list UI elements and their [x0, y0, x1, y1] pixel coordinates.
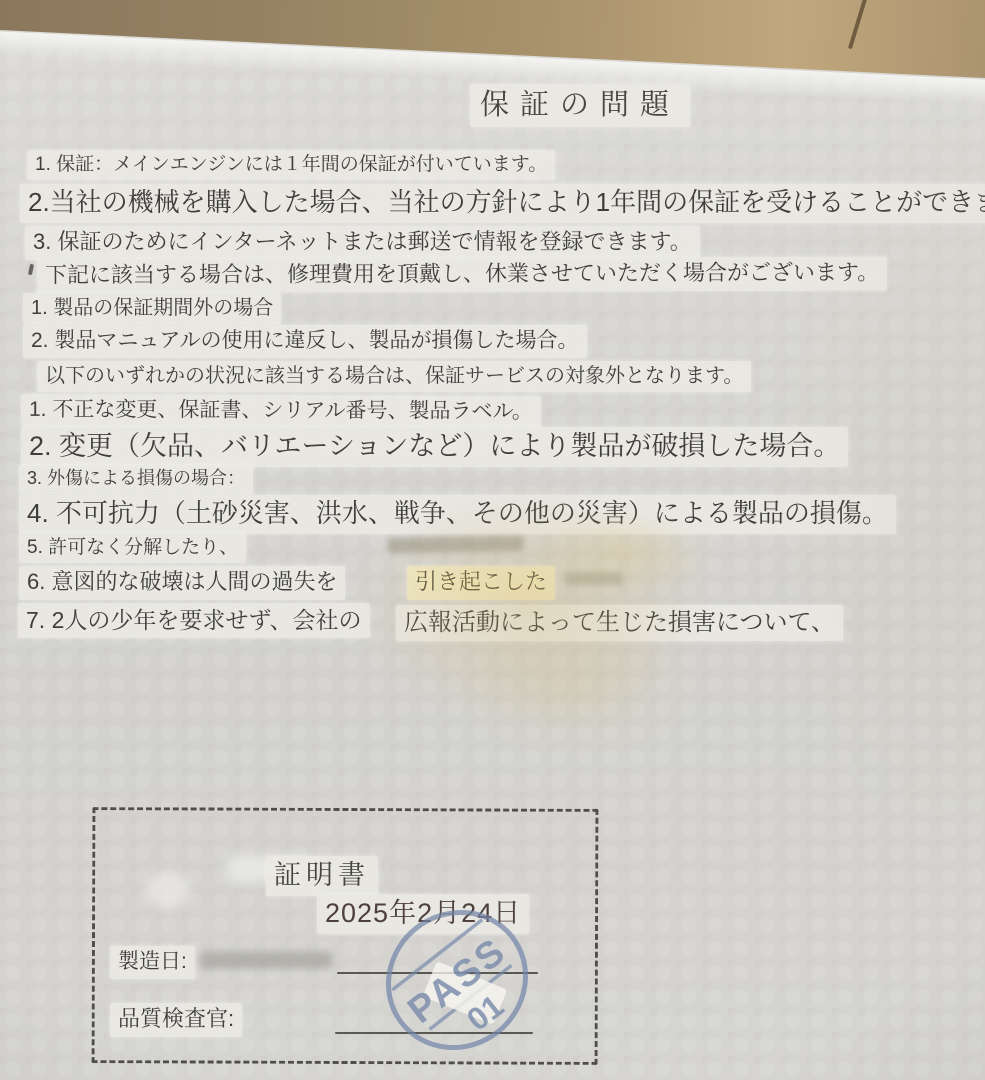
- certificate-title: 証明書: [266, 856, 378, 896]
- warranty-document-photo: 保証の問題 1. 保証：メインエンジンには１年間の保証が付いています。 2.当社…: [0, 0, 985, 1080]
- void-condition-1: 1. 不正な変更、保証書、シリアル番号、製品ラベル。: [21, 394, 541, 429]
- void-condition-6: 6. 意図的な破壊は人間の過失を: [19, 566, 345, 600]
- warranty-term-1: 1. 保証：メインエンジンには１年間の保証が付いています。: [27, 150, 555, 180]
- blurred-text-remnant: [388, 536, 523, 553]
- bullet-tick-mark: [28, 264, 34, 276]
- blurred-mark: [146, 872, 190, 908]
- exclusion-item-2: 2. 製品マニュアルの使用に違反し、製品が損傷した場合。: [23, 325, 587, 358]
- warranty-term-2: 2.当社の機械を購入した場合、当社の方針により1年間の保証を受けることができます…: [20, 184, 985, 223]
- out-of-scope-note: 以下のいずれかの状況に該当する場合は、保証サービスの対象外となります。: [37, 361, 751, 392]
- void-condition-4: 4. 不可抗力（土砂災害、洪水、戦争、その他の災害）による製品の損傷。: [19, 495, 896, 534]
- pass-stamp-icon: PASS 01: [372, 898, 542, 1068]
- repair-fee-note: 下記に該当する場合は、修理費用を頂戴し、休業させていただく場合がございます。: [37, 257, 887, 294]
- warranty-term-3: 3. 保証のためにインターネットまたは郵送で情報を登録できます。: [25, 226, 700, 260]
- inspector-label: 品質検査官:: [110, 1003, 242, 1037]
- void-condition-6-highlight: 引き起こした: [407, 566, 555, 600]
- document-title: 保証の問題: [470, 84, 690, 127]
- void-condition-7-continued: 広報活動によって生じた損害について、: [396, 605, 843, 641]
- manufacture-date-label: 製造日:: [110, 946, 195, 979]
- void-condition-5: 5. 許可なく分解したり、: [19, 533, 246, 563]
- blurred-text-remnant: [565, 572, 623, 585]
- void-condition-2: 2. 変更（欠品、バリエーションなど）により製品が破損した場合。: [21, 427, 848, 467]
- exclusion-item-1: 1. 製品の保証期間外の場合: [23, 293, 281, 324]
- blurred-manufacture-date: [200, 951, 332, 969]
- void-condition-3: 3. 外傷による損傷の場合：: [19, 465, 253, 494]
- void-condition-7: 7. 2人の少年を要求せず、会社の: [18, 603, 370, 638]
